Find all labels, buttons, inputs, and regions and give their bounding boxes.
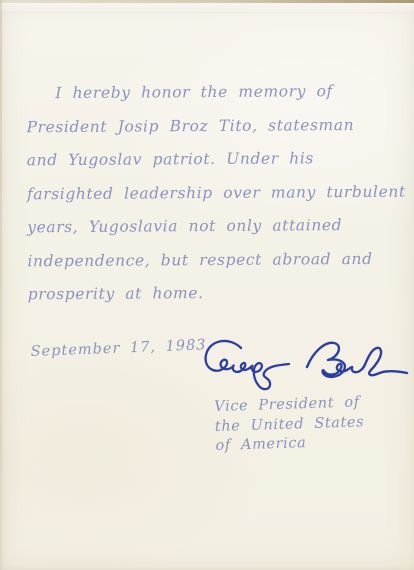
handwritten-line: independence, but respect abroad and: [27, 242, 393, 278]
date-line: September 17, 1983: [30, 337, 206, 360]
signer-title-line: of America: [215, 432, 365, 456]
signer-title: Vice President of the United States of A…: [214, 393, 365, 456]
signature-strokes: [197, 334, 412, 400]
scan-band-top: [0, 3, 414, 13]
handwritten-line: and Yugoslav patriot. Under his: [27, 142, 393, 178]
handwritten-line: President Josip Broz Tito, statesman: [26, 108, 392, 144]
scanned-note-page: I hereby honor the memory of President J…: [0, 0, 414, 570]
handwritten-line: prosperity at home.: [28, 276, 394, 312]
handwritten-line: I hereby honor the memory of: [26, 75, 392, 111]
handwritten-line: farsighted leadership over many turbulen…: [27, 175, 393, 211]
handwritten-line: years, Yugoslavia not only attained: [27, 209, 393, 245]
signature: [197, 334, 412, 400]
scan-edge-left: [0, 0, 2, 570]
note-body: I hereby honor the memory of President J…: [26, 75, 394, 312]
